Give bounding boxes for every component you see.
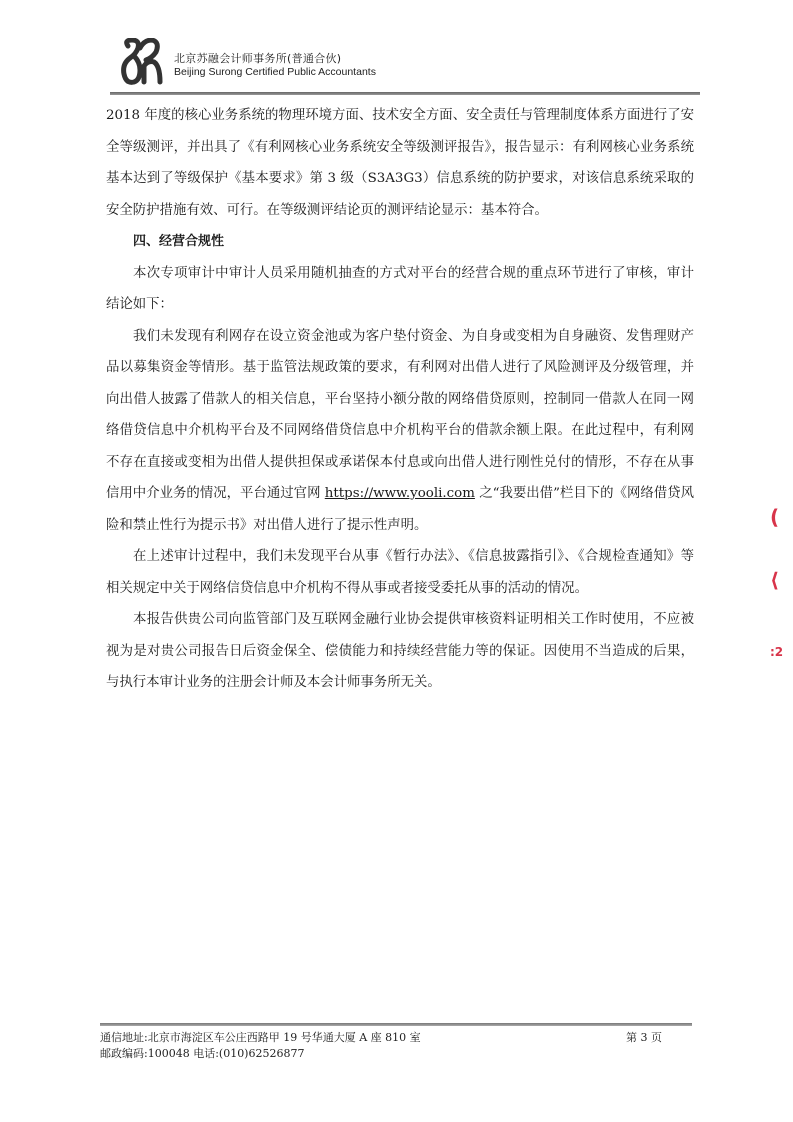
seal-fragment-middle: ⟨: [770, 568, 779, 592]
paragraph-audit-intro: 本次专项审计中审计人员采用随机抽查的方式对平台的经营合规的重点环节进行了审核，审…: [106, 258, 694, 321]
footer-divider: [100, 1023, 692, 1026]
yooli-link[interactable]: https://www.yooli.com: [325, 486, 475, 501]
seal-fragment-bottom: :2: [770, 645, 783, 659]
findings-text-a: 我们未发现有利网存在设立资金池或为客户垫付资金、为自身或变相为自身融资、发售理财…: [106, 329, 694, 502]
paragraph-security-assessment: 2018 年度的核心业务系统的物理环境方面、技术安全方面、安全责任与管理制度体系…: [106, 100, 694, 226]
paragraph-audit-findings: 我们未发现有利网存在设立资金池或为客户垫付资金、为自身或变相为自身融资、发售理财…: [106, 321, 694, 542]
section-heading: 四、经营合规性: [106, 226, 694, 258]
firm-name-en: Beijing Surong Certified Public Accounta…: [174, 66, 376, 78]
footer-address: 通信地址:北京市海淀区车公庄西路甲 19 号华通大厦 A 座 810 室: [100, 1030, 692, 1046]
page-number: 第 3 页: [626, 1030, 662, 1046]
seal-fragment-top: (: [770, 505, 779, 529]
firm-name-cn: 北京苏融会计师事务所(普通合伙): [174, 50, 341, 66]
paragraph-regulation-compliance: 在上述审计过程中，我们未发现平台从事《暂行办法》、《信息披露指引》、《合规检查通…: [106, 541, 694, 604]
document-body: 2018 年度的核心业务系统的物理环境方面、技术安全方面、安全责任与管理制度体系…: [106, 100, 694, 699]
firm-logo-icon: [118, 38, 166, 88]
footer: 通信地址:北京市海淀区车公庄西路甲 19 号华通大厦 A 座 810 室 邮政编…: [100, 1030, 692, 1062]
header-divider: [110, 92, 700, 95]
letterhead: 北京苏融会计师事务所(普通合伙) Beijing Surong Certifie…: [110, 38, 700, 94]
footer-postal-phone: 邮政编码:100048 电话:(010)62526877: [100, 1046, 692, 1062]
paragraph-disclaimer: 本报告供贵公司向监管部门及互联网金融行业协会提供审核资料证明相关工作时使用，不应…: [106, 604, 694, 699]
